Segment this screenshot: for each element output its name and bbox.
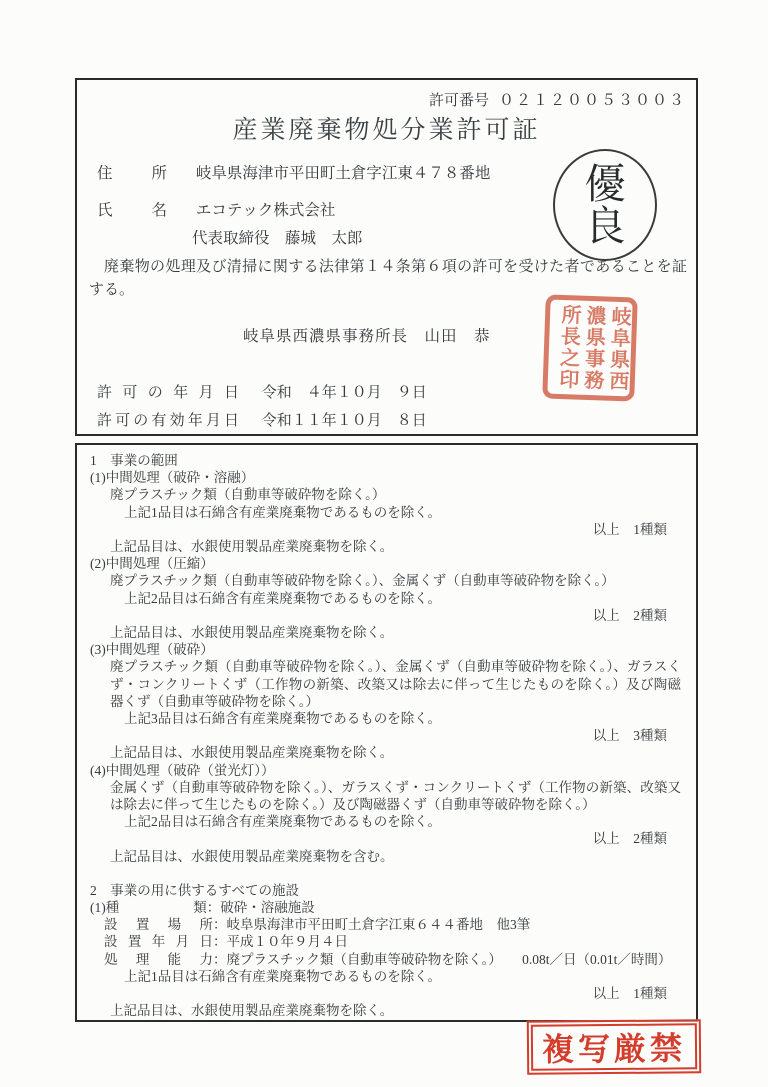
scope-item-title: (4)中間処理（破砕（蛍光灯）） <box>90 762 681 779</box>
scope-item-asbestos-note: 上記3品目は石綿含有産業廃棄物であるものを除く。 <box>90 710 681 727</box>
document-title: 産業廃棄物処分業許可証 <box>77 110 696 146</box>
excellent-char-top: 優 <box>585 163 626 205</box>
facility-location-row: 設置場所：岐阜県海津市平田町土倉字江東６４４番地 他3筆 <box>90 916 681 933</box>
scope-item-total: 以上 2種類 <box>90 607 681 624</box>
facility-type-value: 破砕・溶融施設 <box>220 900 315 915</box>
scope-heading: 1 事業の範囲 <box>90 452 681 469</box>
certification-statement: 廃棄物の処理及び清掃に関する法律第１４条第６項の許可を受けた者であることを証する… <box>89 256 687 302</box>
colon: ： <box>207 900 221 915</box>
dates-block: 許可の年月日 令和 ４年１０月 ９日 許可の有効年月日 令和１１年１０月 ８日 <box>97 381 427 436</box>
address-row: 住所 岐阜県海津市平田町土倉字江東４７８番地 <box>97 161 490 183</box>
colon: ： <box>213 917 227 932</box>
facility-location-value: 岐阜県海津市平田町土倉字江東６４４番地 他3筆 <box>227 917 531 932</box>
scope-item-title: (1)中間処理（破砕・溶融） <box>90 469 681 486</box>
facilities-heading: 2 事業の用に供するすべての施設 <box>90 882 681 899</box>
permit-number-value: ０２１２００５３００３ <box>499 93 686 109</box>
facility-capacity-value: 廃プラスチック類（自動車等破砕物を除く。） 0.08t／日（0.01t／時間） <box>227 952 672 967</box>
address-label: 住所 <box>97 161 167 183</box>
scope-item-asbestos-note: 上記2品目は石綿含有産業廃棄物であるものを除く。 <box>90 813 681 830</box>
scope-item-mercury-note: 上記品目は、水銀使用製品産業廃棄物を除く。 <box>90 744 681 761</box>
excellent-rating-seal: 優 良 <box>553 149 657 261</box>
excellent-char-bottom: 良 <box>585 205 626 247</box>
facility-item-prefix: (1) <box>90 899 106 916</box>
no-copy-stamp: 複写厳禁 <box>527 1019 701 1075</box>
valid-date-row: 許可の有効年月日 令和１１年１０月 ８日 <box>97 409 427 430</box>
scope-item-mercury-note: 上記品目は、水銀使用製品産業廃棄物を含む。 <box>90 848 681 865</box>
facility-location-label: 設置場所 <box>104 916 213 933</box>
valid-date-label: 許可の有効年月日 <box>97 409 239 430</box>
office-red-seal: 岐阜県西濃県事務所長之印 <box>542 294 638 401</box>
license-body-box: 1 事業の範囲 (1)中間処理（破砕・溶融） 廃プラスチック類（自動車等破砕物を… <box>75 443 698 1022</box>
section-spacer <box>90 865 681 882</box>
facility-mercury-note: 上記品目は、水銀使用製品産業廃棄物を除く。 <box>90 1002 681 1019</box>
permit-date-value: 令和 ４年１０月 ９日 <box>262 385 427 401</box>
company-name: エコテック株式会社 <box>196 202 336 219</box>
license-document-page: 許可番号０２１２００５３００３ 産業廃棄物処分業許可証 住所 岐阜県海津市平田町… <box>0 0 768 1087</box>
scope-item-mercury-note: 上記品目は、水銀使用製品産業廃棄物を除く。 <box>90 538 681 555</box>
facility-asbestos-note: 上記1品目は石綿含有産業廃棄物であるものを除く。 <box>90 968 681 985</box>
office-red-seal-text: 岐阜県西濃県事務所長之印 <box>548 302 631 395</box>
scope-item-title: (2)中間処理（圧縮） <box>90 555 681 572</box>
permit-number-line: 許可番号０２１２００５３００３ <box>429 89 686 110</box>
permit-date-row: 許可の年月日 令和 ４年１０月 ９日 <box>97 381 427 402</box>
facility-install-date-row: 設置年月日：平成１０年９月４日 <box>90 933 681 950</box>
colon: ： <box>213 934 227 949</box>
scope-item-materials: 廃プラスチック類（自動車等破砕物を除く。） <box>90 486 681 503</box>
scope-item-materials: 金属くず（自動車等破砕物を除く。）、ガラスくず・コンクリートくず（工作物の新築、… <box>90 779 681 813</box>
valid-date-value: 令和１１年１０月 ８日 <box>262 413 427 429</box>
scope-item-title: (3)中間処理（破砕） <box>90 641 681 658</box>
name-label: 氏名 <box>97 198 167 220</box>
scope-item-asbestos-note: 上記2品目は石綿含有産業廃棄物であるものを除く。 <box>90 590 681 607</box>
facility-install-date-value: 平成１０年９月４日 <box>227 934 349 949</box>
facility-install-date-label: 設置年月日 <box>104 933 213 950</box>
facility-capacity-label: 処理能力 <box>104 951 213 968</box>
name-row: 氏名 エコテック株式会社 <box>97 198 335 220</box>
issuer-line: 岐阜県西濃県事務所長 山田 恭 <box>243 324 491 346</box>
scope-item-materials: 廃プラスチック類（自動車等破砕物を除く。）、金属くず（自動車等破砕物を除く。）、… <box>90 658 681 710</box>
no-copy-stamp-text: 複写厳禁 <box>531 1023 697 1070</box>
facility-total: 以上 1種類 <box>90 985 681 1002</box>
colon: ： <box>213 952 227 967</box>
facility-capacity-row: 処理能力：廃プラスチック類（自動車等破砕物を除く。） 0.08t／日（0.01t… <box>90 951 681 968</box>
permit-date-label: 許可の年月日 <box>97 381 239 402</box>
scope-item-asbestos-note: 上記1品目は石綿含有産業廃棄物であるものを除く。 <box>90 504 681 521</box>
scope-item-materials: 廃プラスチック類（自動車等破砕物を除く。）、金属くず（自動車等破砕物を除く。） <box>90 572 681 589</box>
scope-item-total: 以上 1種類 <box>90 521 681 538</box>
facility-type-row: (1)種類：破砕・溶融施設 <box>90 899 681 916</box>
permit-number-label: 許可番号 <box>429 93 489 109</box>
scope-item-total: 以上 3種類 <box>90 727 681 744</box>
representative-line: 代表取締役 藤城 太郎 <box>192 226 363 248</box>
scope-item-mercury-note: 上記品目は、水銀使用製品産業廃棄物を除く。 <box>90 624 681 641</box>
facility-type-label: 種類 <box>106 899 207 916</box>
address-value: 岐阜県海津市平田町土倉字江東４７８番地 <box>196 165 491 182</box>
scope-item-total: 以上 2種類 <box>90 830 681 847</box>
